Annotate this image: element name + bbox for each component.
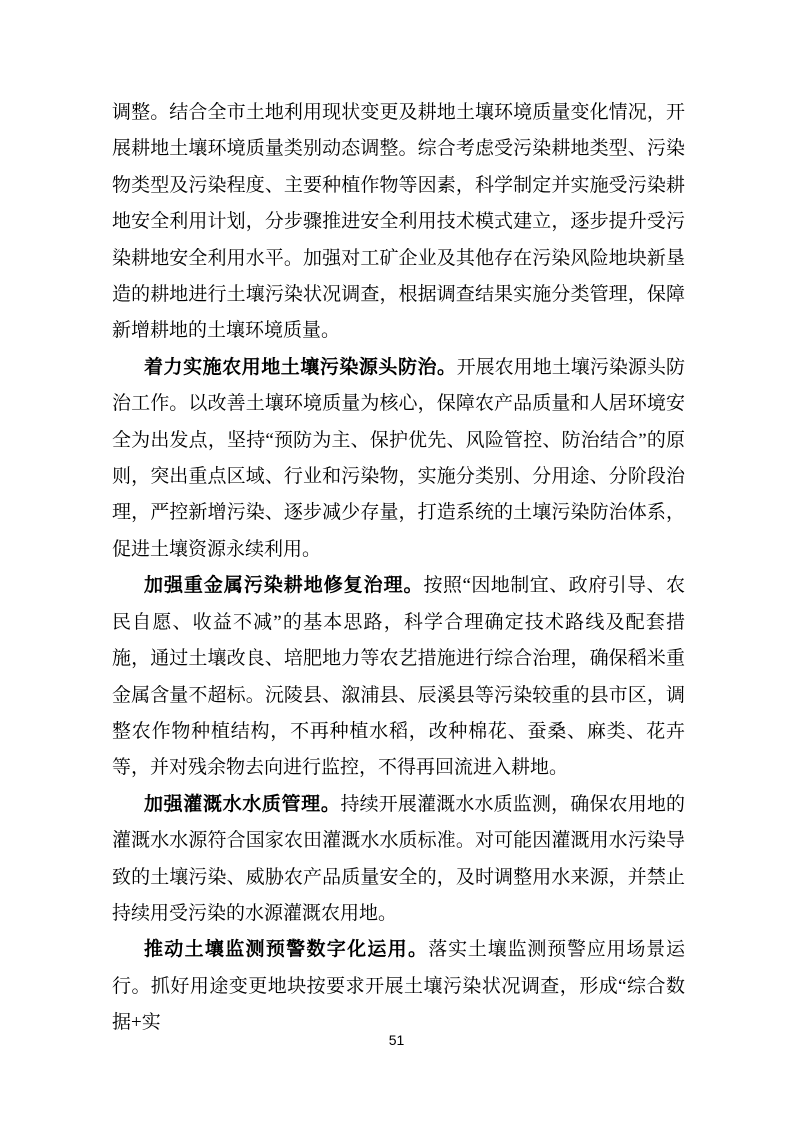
paragraph-lead: 推动土壤监测预警数字化运用。 [144,939,428,960]
paragraph-text: 按照“因地制宜、政府引导、农民自愿、收益不减”的基本思路，科学合理确定技术路线及… [112,575,685,778]
document-page: 调整。结合全市土地利用现状变更及耕地土壤环境质量变化情况，开展耕地土壤环境质量类… [0,0,793,1122]
paragraph-soil-monitoring-digital: 推动土壤监测预警数字化运用。落实土壤监测预警应用场景运行。抓好用途变更地块按要求… [112,932,685,1041]
paragraph-heavy-metal-remediation: 加强重金属污染耕地修复治理。按照“因地制宜、政府引导、农民自愿、收益不减”的基本… [112,568,685,786]
page-number: 51 [0,1032,793,1048]
paragraph-source-prevention: 着力实施农用地土壤污染源头防治。开展农用地土壤污染源头防治工作。以改善土壤环境质… [112,350,685,568]
paragraph-lead: 加强重金属污染耕地修复治理。 [144,575,424,596]
page-content: 调整。结合全市土地利用现状变更及耕地土壤环境质量变化情况，开展耕地土壤环境质量类… [112,95,685,1042]
paragraph-irrigation-water-quality: 加强灌溉水水质管理。持续开展灌溉水水质监测，确保农用地的灌溉水水源符合国家农田灌… [112,787,685,933]
paragraph-text: 开展农用地土壤污染源头防治工作。以改善土壤环境质量为核心，保障农产品质量和人居环… [112,357,685,560]
paragraph-lead: 加强灌溉水水质管理。 [144,794,340,815]
paragraph-lead: 着力实施农用地土壤污染源头防治。 [144,357,457,378]
paragraph-continuation: 调整。结合全市土地利用现状变更及耕地土壤环境质量变化情况，开展耕地土壤环境质量类… [112,95,685,350]
paragraph-text: 调整。结合全市土地利用现状变更及耕地土壤环境质量变化情况，开展耕地土壤环境质量类… [112,102,685,341]
